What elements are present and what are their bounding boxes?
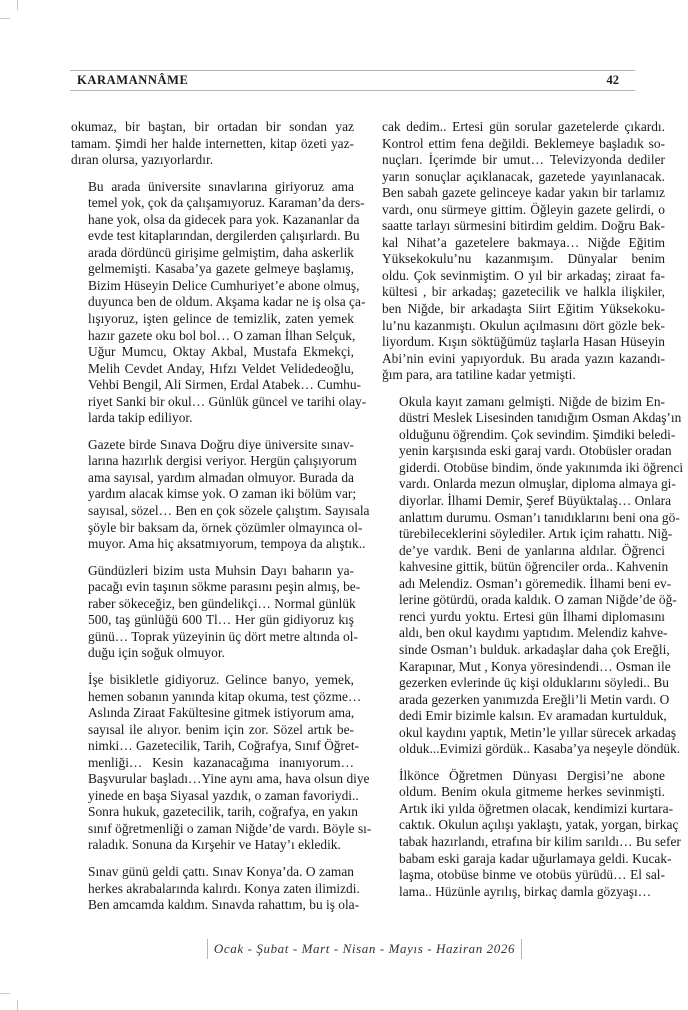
- text-line: yenin karşısında eski garaj vardı. Otobü…: [382, 443, 665, 460]
- text-line: nuçları. İçerimde bir umut… Televizyonda…: [382, 152, 665, 169]
- text-line: günü… Toprak yüzeyinin üç dört metre alt…: [71, 629, 354, 646]
- text-line: düstri Meslek Lisesinden tanıdığım Osman…: [382, 410, 665, 427]
- text-line: Uğur Mumcu, Oktay Akbal, Mustafa Ekmekçi…: [71, 344, 354, 361]
- text-line: Okula kayıt zamanı gelmişti. Niğde de bi…: [382, 394, 665, 411]
- text-line: İlkönce Öğretmen Dünyası Dergisi’ne abon…: [382, 768, 665, 785]
- text-line: renci yurdu yoktu. Ertesi gün İlhami dip…: [382, 609, 665, 626]
- text-line: ğım para, ara tatiline kadar yetmişti.: [382, 367, 665, 384]
- body-paragraph: okumaz, bir baştan, bir ortadan bir sond…: [71, 119, 354, 169]
- text-line: lışıyoruz, işten gelince de temizlik, za…: [71, 311, 354, 328]
- crop-mark-bottom-left-horizontal: [0, 993, 10, 994]
- text-line: de’ye vardık. Beni de yanlarına aldılar.…: [382, 543, 665, 560]
- text-line: vardı. Onlarda mezun olmuşlar, diploma a…: [382, 476, 665, 493]
- text-line: pacağı evin taşının sökme parasını peşin…: [71, 579, 354, 596]
- text-line: babam eski garaja kadar uğurlamaya geldi…: [382, 851, 665, 868]
- text-line: Sınav günü geldi çattı. Sınav Konya’da. …: [71, 864, 354, 881]
- text-line: giderdi. Otobüse bindim, önde yakınımda …: [382, 460, 665, 477]
- text-line: riyet Sanki bir okul… Günlük güncel ve t…: [71, 394, 354, 411]
- body-paragraph: Gündüzleri bizim usta Muhsin Dayı baharı…: [71, 563, 354, 662]
- body-paragraph: İlkönce Öğretmen Dünyası Dergisi’ne abon…: [382, 768, 665, 900]
- text-line: muyor. Ama hiç aksatmıyorum, tempoya da …: [71, 536, 354, 553]
- text-line: Abi’nin evini yapıyorduk. Bu arada yazın…: [382, 351, 665, 368]
- crop-mark-top-left-horizontal: [0, 18, 10, 19]
- text-line: caktık. Okulun açılışı yaklaştı, yatak, …: [382, 817, 665, 834]
- text-line: duyunca ben de oldum. Akşama kadar ne iş…: [71, 294, 354, 311]
- text-line: evde test kitaplarından, dergilerden çal…: [71, 228, 354, 245]
- text-line: vardı, onu sürmeye gittim. Öğleyin gazet…: [382, 202, 665, 219]
- issue-footer: Ocak - Şubat - Mart - Nisan - Mayıs - Ha…: [207, 939, 522, 959]
- text-line: adı Melendiz. Osman’ı göremedik. İlhami …: [382, 576, 665, 593]
- text-line: sinde Osman’ı bulduk. arkadaşlar daha ço…: [382, 642, 665, 659]
- text-line: Aslında Ziraat Fakültesine gitmek istiyo…: [71, 705, 354, 722]
- text-line: saatte tarlayı sürmesini bitirdim geldim…: [382, 218, 665, 235]
- text-line: laşma, otobüse binme ve otobüs yürüdü… E…: [382, 867, 665, 884]
- text-line: gelmemişti. Kasaba’ya gazete gelmeye baş…: [71, 261, 354, 278]
- text-line: tabak hazırlandı, etrafına bir kilim sar…: [382, 834, 665, 851]
- text-line: okumaz, bir baştan, bir ortadan bir sond…: [71, 119, 354, 136]
- text-line: Ben amcamda kaldım. Sınavda rahattım, bu…: [71, 897, 354, 914]
- text-line: arada dördüncü girişime gelmiştim, daha …: [71, 245, 354, 262]
- text-line: olduk...Evimizi gördük.. Kasaba’ya neşey…: [382, 741, 665, 758]
- text-line: larına hazırlık dergisi veriyor. Hergün …: [71, 453, 354, 470]
- text-line: hane yok, olsa da gidecek para yok. Kaza…: [71, 212, 354, 229]
- text-line: ben Niğde, bir arkadaşta Siirt Eğitim Yü…: [382, 301, 665, 318]
- text-line: hemen sobanın yanında kitap okuma, test …: [71, 689, 354, 706]
- text-line: diyorlar. İlhami Demir, Şeref Büyüktalaş…: [382, 493, 665, 510]
- text-line: ama sayısal, yardım almadan olmuyor. Bur…: [71, 470, 354, 487]
- text-line: larda takip ediliyor.: [71, 410, 354, 427]
- text-line: aldı, ben okul kaydımı yaptıdım. Melendi…: [382, 625, 665, 642]
- text-line: hazır gazete oku bol bol… O zaman İlhan …: [71, 328, 354, 345]
- text-line: türebileceklerini söylediler. Artık içim…: [382, 526, 665, 543]
- text-line: Sonra hukuk, gazetecilik, tarih, coğrafy…: [71, 804, 354, 821]
- crop-mark-top-left-vertical: [17, 0, 18, 10]
- text-line: Bizim Hüseyin Delice Cumhuriyet’e abone …: [71, 278, 354, 295]
- text-line: gezerken evlerinde üç kişi olduklarını s…: [382, 675, 665, 692]
- body-paragraph: İşe bisikletle gidiyoruz. Gelince banyo,…: [71, 672, 354, 854]
- text-line: Karapınar, Mut , Konya yöresindendi… Osm…: [382, 659, 665, 676]
- text-line: Melih Cevdet Anday, Hıfzı Veldet Velided…: [71, 361, 354, 378]
- text-line: sınıf öğretmenliği o zaman Niğde’de vard…: [71, 821, 354, 838]
- crop-mark-bottom-left-vertical: [17, 1000, 18, 1010]
- text-line: Kontrol ettim fena değildi. Beklemeye ba…: [382, 136, 665, 153]
- text-line: yarın sonuçlar açıklanacak, gazetede yay…: [382, 169, 665, 186]
- body-paragraph: Gazete birde Sınava Doğru diye üniversit…: [71, 437, 354, 553]
- text-line: Başvurular başladı…Yine aynı ama, hava o…: [71, 771, 354, 788]
- text-line: kültesi , bir arkadaş; gazetecilik ve ha…: [382, 284, 665, 301]
- text-line: Gazete birde Sınava Doğru diye üniversit…: [71, 437, 354, 454]
- text-line: raber sökeceğiz, ben gündelikçi… Normal …: [71, 596, 354, 613]
- text-line: Ben sabah gazete gelinceye kadar yakın b…: [382, 185, 665, 202]
- running-header: KARAMANNÂME 42: [70, 70, 635, 91]
- text-line: sayısal, sözel… Ben en çok sözele çalışt…: [71, 503, 354, 520]
- text-line: arada gezerken yanımızda Ereğli’li Metin…: [382, 692, 665, 709]
- text-line: herkes akrabalarında kalırdı. Konya zate…: [71, 881, 354, 898]
- text-line: lu’nu kazanmıştı. Okulun açılmasını dört…: [382, 318, 665, 335]
- body-paragraph: Okula kayıt zamanı gelmişti. Niğde de bi…: [382, 394, 665, 758]
- body-paragraph: cak dedim.. Ertesi gün sorular gazeteler…: [382, 119, 665, 384]
- text-line: olduğunu öğrendim. Çok sevindim. Şimdiki…: [382, 427, 665, 444]
- text-line: menliği… Kesin kazanacağıma inanıyorum…: [71, 755, 354, 772]
- text-line: İşe bisikletle gidiyoruz. Gelince banyo,…: [71, 672, 354, 689]
- text-line: okul kaydını yaptık, Metin’le yıllar sür…: [382, 725, 665, 742]
- right-text-column: cak dedim.. Ertesi gün sorular gazeteler…: [382, 119, 665, 910]
- text-line: Artık iki yılda öğretmen olacak, kendimi…: [382, 801, 665, 818]
- text-line: oldum. Benim okula gitmeme herkes sevinm…: [382, 784, 665, 801]
- text-line: nimki… Gazetecilik, Tarih, Coğrafya, Sın…: [71, 738, 354, 755]
- text-line: liyordum. Kışın söktüğümüz taşlarla Hasa…: [382, 334, 665, 351]
- text-line: tamam. Şimdi her halde internetten, kita…: [71, 136, 354, 153]
- text-line: anlattım durumu. Osman’ı tanıdıklarını b…: [382, 510, 665, 527]
- text-line: raladık. Sonuna da Kırşehir ve Hatay’ı e…: [71, 837, 354, 854]
- text-line: kal Nihat’a gazetelere bakmaya… Niğde Eğ…: [382, 235, 665, 252]
- issue-date-range: Ocak - Şubat - Mart - Nisan - Mayıs - Ha…: [214, 941, 515, 956]
- text-line: Vehbi Bengil, Ali Sirmen, Erdal Atabek… …: [71, 377, 354, 394]
- text-line: dıran olursa, yazıyorlardır.: [71, 152, 354, 169]
- text-line: yardım alacak kimse yok. O zaman iki böl…: [71, 486, 354, 503]
- text-line: temel yok, çok da çalışamıyoruz. Karaman…: [71, 195, 354, 212]
- text-line: duğu için soğuk olmuyor.: [71, 645, 354, 662]
- body-paragraph: Bu arada üniversite sınavlarına giriyoru…: [71, 179, 354, 427]
- text-line: oldu. Çok sevinmiştim. O yıl bir arkadaş…: [382, 268, 665, 285]
- text-line: Gündüzleri bizim usta Muhsin Dayı baharı…: [71, 563, 354, 580]
- text-line: dedi Emir bizimle kalsın. Ev aramadan ku…: [382, 708, 665, 725]
- text-line: sayısal ile alıyor. benim için zor. Söze…: [71, 722, 354, 739]
- left-text-column: okumaz, bir baştan, bir ortadan bir sond…: [71, 119, 354, 924]
- magazine-title: KARAMANNÂME: [77, 73, 188, 88]
- text-line: cak dedim.. Ertesi gün sorular gazeteler…: [382, 119, 665, 136]
- text-line: lerine götürdü, orada kaldık. O zaman Ni…: [382, 592, 665, 609]
- text-line: şöyle bir baksam da, örnek çözümler olma…: [71, 520, 354, 537]
- text-line: yinede en başa Siyasal yazdık, o zaman f…: [71, 788, 354, 805]
- text-line: lama.. Hüzünle ayrılış, birkaç damla göz…: [382, 884, 665, 901]
- text-line: 500, taş günlüğü 600 Tl… Her gün gidiyor…: [71, 612, 354, 629]
- body-paragraph: Sınav günü geldi çattı. Sınav Konya’da. …: [71, 864, 354, 914]
- text-line: Bu arada üniversite sınavlarına giriyoru…: [71, 179, 354, 196]
- text-line: kahvesine gittik, bütün öğrenciler orda.…: [382, 559, 665, 576]
- text-line: Yüksekokulu’nu kazanmışım. Dünyalar beni…: [382, 251, 665, 268]
- page-number: 42: [607, 73, 620, 88]
